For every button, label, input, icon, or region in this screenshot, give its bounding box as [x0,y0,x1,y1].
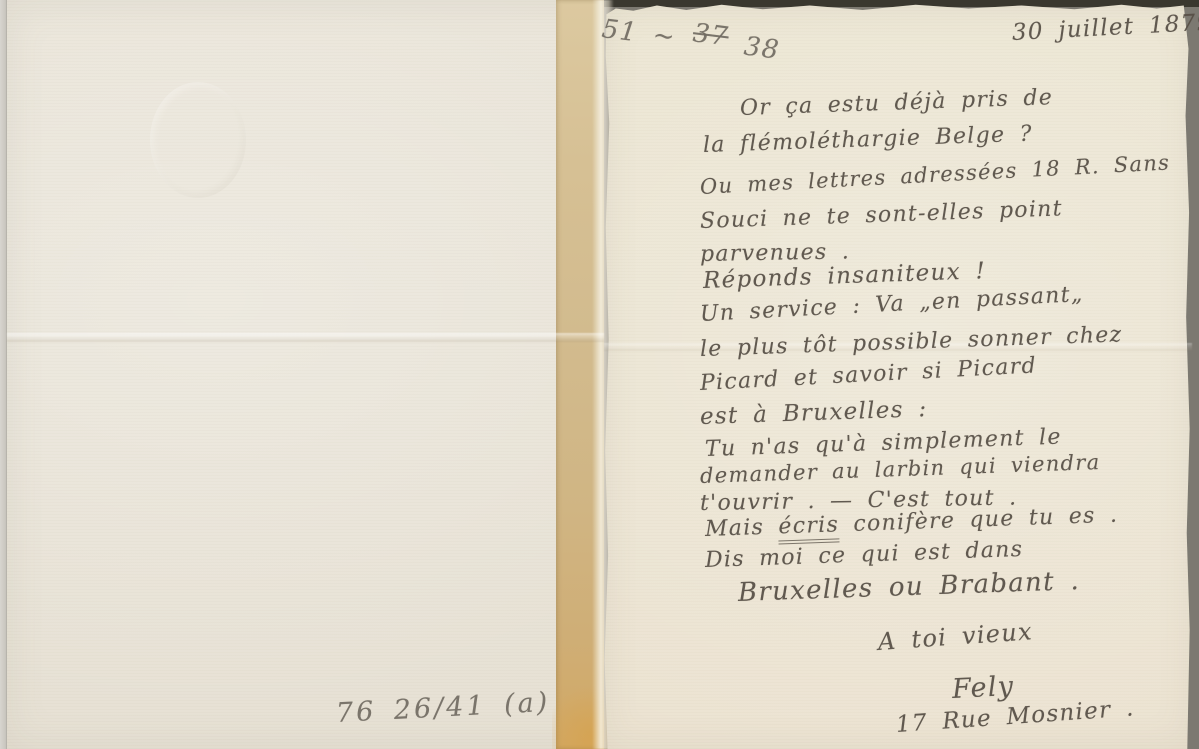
catalog-top-struck-number: 37 [691,18,730,52]
letter-page-left-blank [7,0,604,749]
underlined-word: écris [778,512,840,544]
body-line-pre: Mais [705,514,779,542]
catalog-top-part2: 38 [742,32,781,66]
embossed-blind-stamp [150,82,246,198]
letter-signature: Fely [951,671,1015,705]
fold-crease-left [7,333,604,342]
letter-scan: 51 ~ 37 38 30 juillet 1879 Or ça estu dé… [0,0,1199,749]
